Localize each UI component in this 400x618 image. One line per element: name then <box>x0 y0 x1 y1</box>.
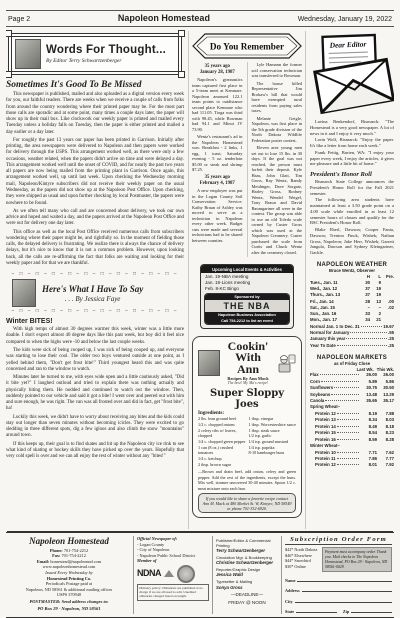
usps-number: USPS 370940 <box>8 592 130 598</box>
ndna-mountain-icon <box>164 570 174 577</box>
staff-name: Christine Schwartzenberger <box>216 560 278 566</box>
ingredient: 1/4 c. chopped green pepper <box>198 439 246 445</box>
honor-roll-paragraph: The following area students have maintai… <box>310 197 394 226</box>
address-input-line <box>302 586 392 592</box>
winter-bites-heading: Winter BITES! <box>6 318 184 325</box>
nba-name: THE NBA <box>205 300 289 312</box>
newspaper-page: Page 2 Napoleon Homestead Wednesday, Jan… <box>0 0 400 618</box>
event-item: Feb. 8-KC Bingo <box>201 285 293 291</box>
association-seal-icon <box>177 565 195 583</box>
article-headline: Sometimes It's Good To Be Missed <box>6 80 184 90</box>
fax-number: 701-754-2212 <box>62 553 86 558</box>
dear-editor-envelope-icon: Dear Editor <box>310 31 394 117</box>
cookin-title-line2: With Ann <box>235 350 261 375</box>
memory-item: Melanie Geigle, Napoleon, was first plac… <box>252 116 303 144</box>
weather-observer: Bruce Wentz, Observer <box>310 268 394 273</box>
issue-date: Wednesday, January 19, 2022 <box>298 16 392 23</box>
page-header: Page 2 Napoleon Homestead Wednesday, Jan… <box>6 10 394 27</box>
address-field: Address <box>285 586 392 593</box>
recipe-title: Super Sloppy Joes <box>198 388 296 410</box>
obituary-policy-note: Obituary policy: Obituaries are publishe… <box>137 584 209 601</box>
section-date: February 4, 1987 <box>200 181 235 186</box>
events-title: Upcoming Local Events & Activities <box>201 265 293 273</box>
ndna-logo: NDNA <box>137 568 161 580</box>
city-field: City <box>285 597 392 604</box>
name-input-line <box>297 576 392 582</box>
market-row: Protein 128.017.92 <box>310 462 394 468</box>
decorative-border-top: ~ □ ~ □ ~ □ ~ □ ~ □ ~ □ ~ □ ~ □ ~ □ ~ □ … <box>6 272 184 277</box>
article-paragraph: This office as well as the local Post Of… <box>6 230 184 268</box>
ingredients-right: 1 tbsp. vinegar 1 tbsp. Worcestershire s… <box>249 416 297 467</box>
cookin-tagline: The best! My Ma's recipe! <box>224 381 272 385</box>
memory-item: Napoleon's gymnastics team captured firs… <box>192 77 243 132</box>
recipe-contact-note: If you would like to share a favorite re… <box>198 493 296 513</box>
memory-item: Lyle Hamann the former soil conservation… <box>252 62 303 79</box>
weather-box: NAPOLEON WEATHER Bruce Wentz, Observer H… <box>310 262 394 350</box>
column-byline: By Editor Terry Schwartzenberger <box>46 58 166 64</box>
honor-roll-paragraph: Bismarck State College announces the Pre… <box>310 179 394 196</box>
footer-staff-block: Publisher/Editor & Commercial Printing T… <box>212 536 278 614</box>
memory-item: The house killed Representative Jim Brok… <box>252 81 303 114</box>
subscription-prices: $42* North Dakota $46* Elsewhere $44* Sn… <box>285 547 319 572</box>
section-age: 35 years ago <box>205 175 230 180</box>
weather-title: NAPOLEON WEATHER <box>310 262 394 268</box>
footer-official-block: Official Newspaper of: - Logan County - … <box>133 536 209 614</box>
article-paragraph: Luckily this week, we didn't have to wor… <box>6 415 184 440</box>
words-for-thought-box: Words For Thought... By Editor Terry Sch… <box>8 33 182 75</box>
cookin-with-ann-box: Cookin' With Ann Recipes By Ann Mock The… <box>192 336 302 518</box>
postmaster-line: POSTMASTER: Send address changes to: <box>8 599 130 605</box>
staff-name: Terry Schwartzenberger <box>216 548 278 554</box>
editor-photo <box>15 39 41 69</box>
reader-quotes: Lavina Benkendorf, Bismarck: "The Homest… <box>310 119 394 167</box>
banner-title: Do You Remember <box>210 42 284 52</box>
page-number: Page 2 <box>8 16 30 23</box>
article-paragraph: This newspaper is published, mailed and … <box>6 92 184 136</box>
nba-sponsor-box: Sponsored by THE NBA Napoleon Business A… <box>204 293 290 325</box>
reader-quote: Lavina Benkendorf, Bismarck: "The Homest… <box>310 119 394 136</box>
do-you-remember-col1: 35 years ago January 28, 1987 Napoleon's… <box>192 62 243 257</box>
email-address: homestead@napoleonnd.com <box>50 559 101 564</box>
masthead-title: Napoleon Homestead <box>118 13 210 23</box>
page-footer: Napoleon Homestead Phone: 701-754-2212 F… <box>6 532 394 618</box>
state-input-line <box>296 607 337 613</box>
article-paragraph: For roughly the past 13 years our paper … <box>6 138 184 207</box>
nba-phone-line: Call 754-2212 to list an event <box>205 318 289 324</box>
jessica-photo <box>12 279 36 307</box>
price-item: $30* Online <box>285 564 319 570</box>
do-you-remember-banner: Do You Remember <box>192 33 302 59</box>
markets-box: NAPOLEON MARKETS as of Friday Close Last… <box>310 355 394 469</box>
ingredient: 2 celery ribs w/ leaves, chopped <box>198 428 246 439</box>
deadline-label: —DEADLINE— <box>216 592 278 598</box>
price-item: $42* North Dakota <box>285 547 319 553</box>
right-column: Dear Editor Lavina Benkendorf, Bismarck:… <box>310 31 394 529</box>
state-zip-field: StateZip <box>285 607 392 614</box>
corner-ornament <box>6 71 12 78</box>
footer-contact-block: Napoleon Homestead Phone: 701-754-2212 F… <box>8 536 130 614</box>
staff-name: Jessica Wald <box>216 572 278 578</box>
recipe-directions: —Brown and drain beef, add onion, celery… <box>198 469 296 491</box>
reader-quote: Frank Fettig, Burien, WA: "I enjoy your … <box>310 150 394 167</box>
article-paragraph: As we often tell many who call and are c… <box>6 209 184 228</box>
staff-name: Sonya Gross <box>216 585 278 591</box>
section-date: January 28, 1987 <box>200 70 235 75</box>
zip-input-line <box>351 607 392 613</box>
chef-icon <box>276 352 296 374</box>
markets-subtitle: as of Friday Close <box>310 361 394 366</box>
payment-note: Payment must accompany order. Thank you.… <box>322 547 392 572</box>
postmaster-address: PO Box 29 - Napoleon, ND 58561 <box>8 606 130 612</box>
middle-column: Do You Remember 35 years ago January 28,… <box>188 31 306 529</box>
ingredients-left: 2 lbs. lean ground beef 1/2 c. chopped o… <box>198 416 246 467</box>
member-of-label: Member of <box>137 558 209 564</box>
subscription-form: Subscription Order Form $42* North Dakot… <box>281 536 392 614</box>
printer-name: Homestead Printing Co. <box>47 576 91 581</box>
column-title: Words For Thought... <box>46 44 166 56</box>
heres-what-i-have-to-say-box: ~ □ ~ □ ~ □ ~ □ ~ □ ~ □ ~ □ ~ □ ~ □ ~ □ … <box>6 272 184 314</box>
reader-quote: Lorin Wolf, Bismarck: "Enjoy the paper. … <box>310 137 394 149</box>
dear-editor-label: Dear Editor <box>329 39 367 49</box>
main-content: Words For Thought... By Editor Terry Sch… <box>6 27 394 529</box>
honor-roll-body: Bismarck State College announces the Pre… <box>310 179 394 256</box>
ingredient: 1 can (8 oz.) crushed tomatoes <box>198 445 246 456</box>
decorative-border-bottom: ~ □ ~ □ ~ □ ~ □ ~ □ ~ □ ~ □ ~ □ ~ □ ~ □ … <box>6 309 184 314</box>
column-title: Here's What I Have To Say <box>42 284 143 294</box>
memory-item: A new employee was put in the Logan Coun… <box>192 188 243 243</box>
column-byline: . . . By Jessica Faye <box>42 295 143 303</box>
ann-photo <box>198 350 220 376</box>
weather-normal-row: Year To Date.25 <box>310 343 394 349</box>
ingredient: 1 tbsp. Worcestershire sauce <box>249 422 297 428</box>
do-you-remember-col2: Lyle Hamann the former soil conservation… <box>247 62 303 257</box>
corner-ornament <box>178 30 185 37</box>
name-field: Name <box>285 576 392 583</box>
upcoming-events-box: Upcoming Local Events & Activities Jan. … <box>200 264 294 329</box>
city-input-line <box>295 597 392 603</box>
phone-number: 701-754-2212 <box>64 548 88 553</box>
honor-roll-paragraph: Blake Eberl, Dawson; Cooper Fanta, Dawso… <box>310 227 394 256</box>
honor-roll-heading: President's Honor Roll <box>310 171 394 178</box>
staff-role: Publisher/Editor & Commercial Printing <box>216 538 278 548</box>
corner-ornament <box>6 30 12 37</box>
corner-ornament <box>178 71 185 78</box>
subscription-title: Subscription Order Form <box>285 536 392 545</box>
ingredient: 2 tbsp. brown sugar <box>198 462 246 468</box>
left-column: Words For Thought... By Editor Terry Sch… <box>6 31 184 529</box>
article-paragraph: Minutes later he turned to me, with eyes… <box>6 375 184 413</box>
memory-item: Eleven area young men set out to lose 15… <box>252 145 303 255</box>
article-paragraph: If this keeps up, their goal is to find … <box>6 442 184 461</box>
article-paragraph: The kids were sick of being cooped up, I… <box>6 348 184 373</box>
deadline-time: FRIDAY @ NOON <box>216 600 278 606</box>
section-age: 35 years ago <box>205 64 230 69</box>
memory-item: Wentz's restaurant's ad in the Napoleon … <box>192 134 243 173</box>
ingredient: 8-10 hamburger buns <box>249 450 297 456</box>
footer-paper-name: Napoleon Homestead <box>8 536 130 548</box>
article-paragraph: With high temps of almost 30 degrees war… <box>6 327 184 346</box>
